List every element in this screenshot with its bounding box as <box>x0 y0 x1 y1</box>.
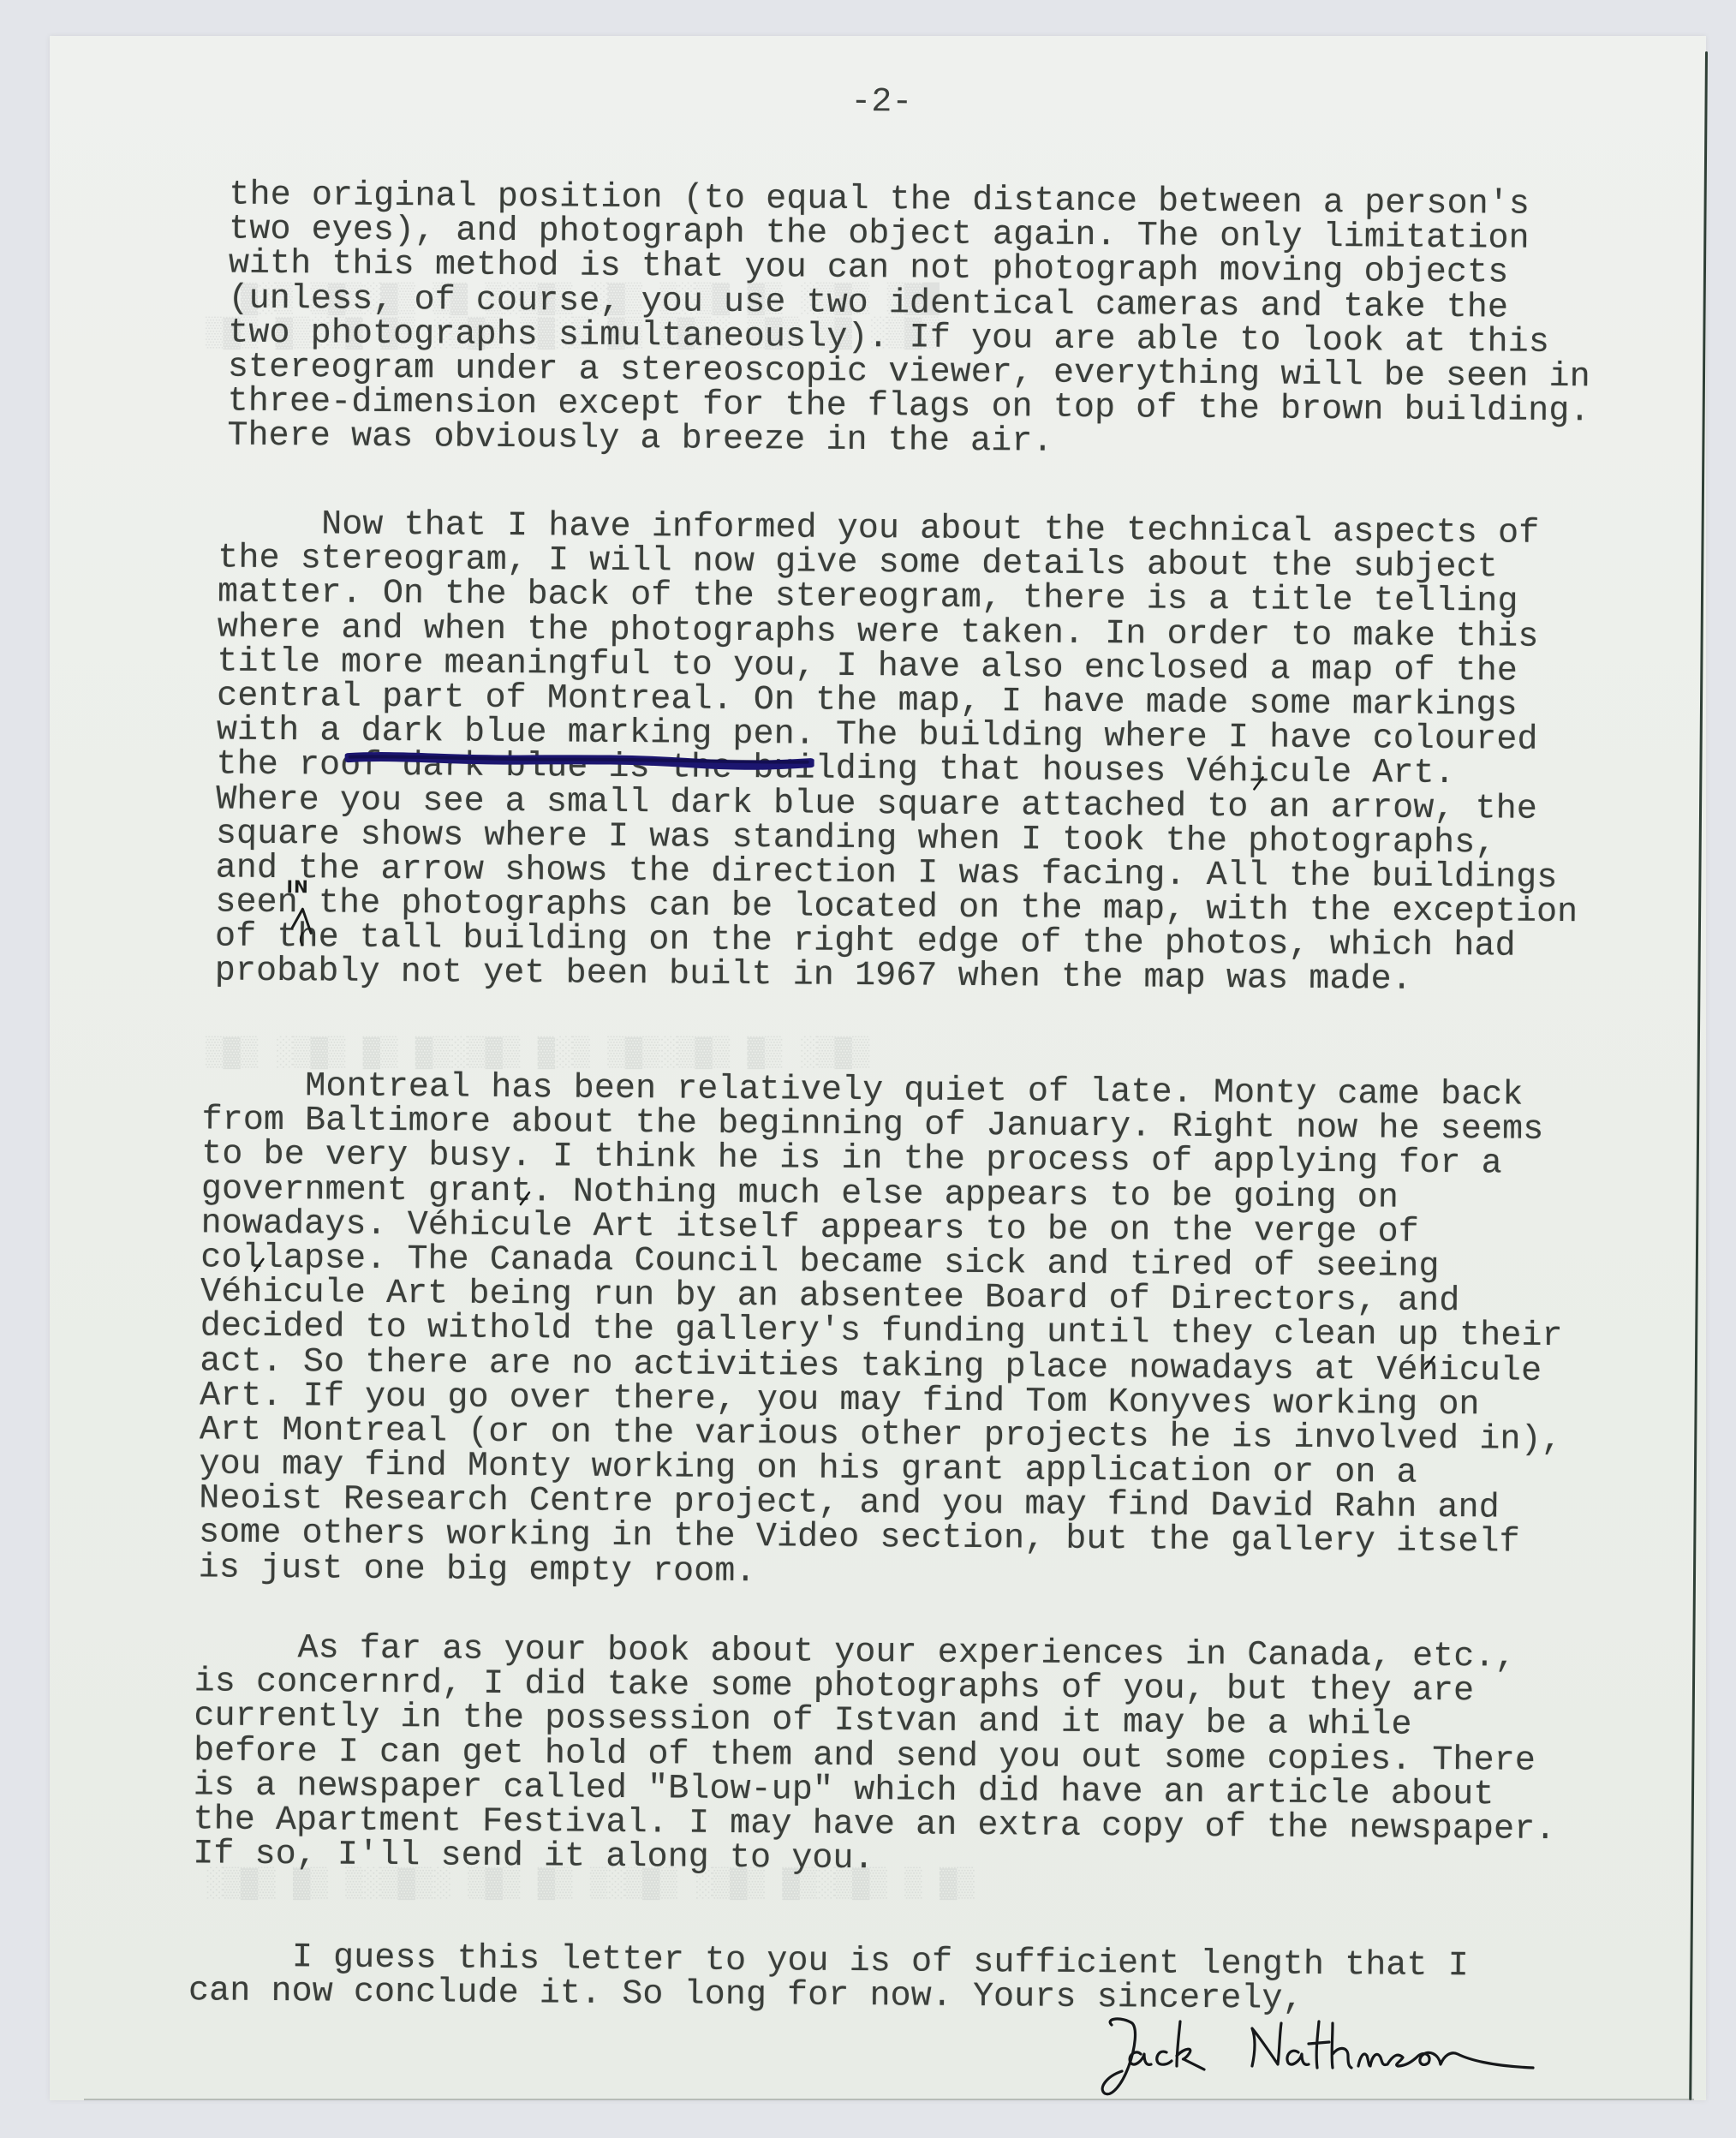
signature: Jack Nathanson <box>1088 2013 1550 2107</box>
paragraph-technical-method: the original position (to equal the dist… <box>227 179 1591 464</box>
paragraph-closing: I guess this letter to you is of suffici… <box>188 1940 1469 2018</box>
typed-line: can now conclude it. So long for now. Yo… <box>188 1975 1469 2019</box>
paragraph-subject-matter: Now that I have informed you about the t… <box>215 508 1581 1000</box>
typed-letter: -2- the original position (to equal the … <box>0 0 1736 2138</box>
handwritten-insertion: IN <box>286 878 308 895</box>
paragraph-book-photographs: As far as your book about your experienc… <box>193 1631 1557 1882</box>
typed-line: probably not yet been built in 1967 when… <box>215 955 1578 1000</box>
page-number: -2- <box>850 86 912 121</box>
paragraph-montreal-news: Montreal has been relatively quiet of la… <box>199 1069 1565 1595</box>
